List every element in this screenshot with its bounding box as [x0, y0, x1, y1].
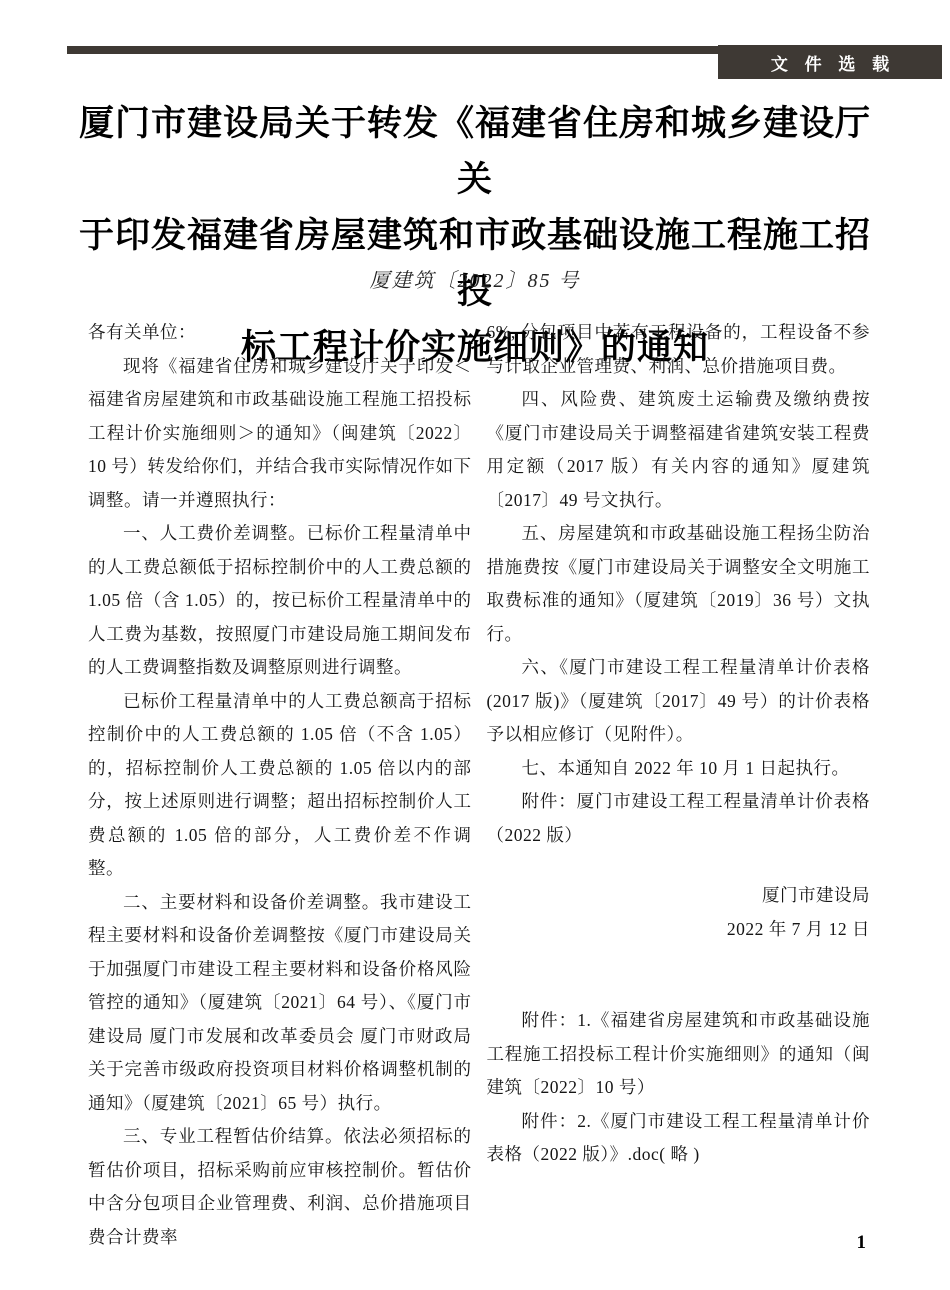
- document-page: 文 件 选 载 厦门市建设局关于转发《福建省住房和城乡建设厅关 于印发福建省房屋…: [0, 0, 950, 1290]
- paragraph: 六、《厦门市建设工程工程量清单计价表格(2017 版)》（厦建筑〔2017〕49…: [487, 651, 871, 752]
- signature-org: 厦门市建设局: [487, 879, 871, 913]
- attachment-item: 附件：2.《厦门市建设工程工程量清单计价表格（2022 版）》.doc( 略 ): [487, 1105, 871, 1172]
- attachment-item: 附件：1.《福建省房屋建筑和市政基础设施工程施工招投标工程计价实施细则》的通知（…: [487, 1004, 871, 1105]
- paragraph: 附件：厦门市建设工程工程量清单计价表格（2022 版）: [487, 785, 871, 852]
- column-right: 6%, 分包项目中若有工程设备的，工程设备不参与计取企业管理费、利润、总价措施项…: [487, 316, 871, 1254]
- signature-date: 2022 年 7 月 12 日: [487, 913, 871, 947]
- page-number: 1: [857, 1232, 867, 1254]
- paragraph: 二、主要材料和设备价差调整。我市建设工程主要材料和设备价差调整按《厦门市建设局关…: [88, 886, 472, 1121]
- header-rule: [67, 46, 718, 54]
- paragraph: 五、房屋建筑和市政基础设施工程扬尘防治措施费按《厦门市建设局关于调整安全文明施工…: [487, 517, 871, 651]
- paragraph: 一、人工费价差调整。已标价工程量清单中的人工费总额低于招标控制价中的人工费总额的…: [88, 517, 472, 685]
- paragraph-continuation: 6%, 分包项目中若有工程设备的，工程设备不参与计取企业管理费、利润、总价措施项…: [487, 316, 871, 383]
- header-label: 文 件 选 载: [718, 45, 942, 79]
- body-columns: 各有关单位： 现将《福建省住房和城乡建设厅关于印发＜福建省房屋建筑和市政基础设施…: [88, 316, 870, 1254]
- paragraph: 现将《福建省住房和城乡建设厅关于印发＜福建省房屋建筑和市政基础设施工程施工招投标…: [88, 350, 472, 518]
- column-left: 各有关单位： 现将《福建省住房和城乡建设厅关于印发＜福建省房屋建筑和市政基础设施…: [88, 316, 472, 1254]
- paragraph: 四、风险费、建筑废土运输费及缴纳费按《厦门市建设局关于调整福建省建筑安装工程费用…: [487, 383, 871, 517]
- paragraph: 三、专业工程暂估价结算。依法必须招标的暂估价项目，招标采购前应审核控制价。暂估价…: [88, 1120, 472, 1254]
- page-header: 文 件 选 载: [67, 45, 942, 79]
- paragraph: 已标价工程量清单中的人工费总额高于招标控制价中的人工费总额的 1.05 倍（不含…: [88, 685, 472, 886]
- title-line: 厦门市建设局关于转发《福建省住房和城乡建设厅关: [75, 96, 875, 208]
- paragraph: 七、本通知自 2022 年 10 月 1 日起执行。: [487, 752, 871, 786]
- attachments-block: 附件：1.《福建省房屋建筑和市政基础设施工程施工招投标工程计价实施细则》的通知（…: [487, 1004, 871, 1172]
- paragraph-salutation: 各有关单位：: [88, 316, 472, 350]
- doc-number: 厦建筑〔2022〕85 号: [0, 264, 950, 293]
